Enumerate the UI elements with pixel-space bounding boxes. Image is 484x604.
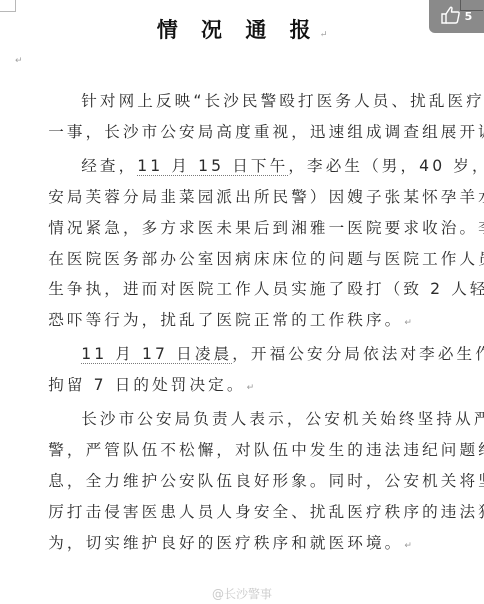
text-line: 针对网上反映“长沙民警殴打医务人员、扰乱医疗秩序” (17, 86, 467, 117)
date-phrase: 11 月 15 日下午 (137, 157, 288, 176)
like-count: 5 (465, 10, 473, 23)
text-line: 息，全力维护公安队伍良好形象。同时，公安机关将坚持严 (17, 466, 467, 497)
paragraph-mark-icon: ↵ (404, 318, 412, 328)
text-line: 在医院医务部办公室因病床床位的问题与医院工作人员发 (17, 244, 467, 275)
paragraph-mark-icon: ↵ (247, 383, 255, 393)
text-line: 为，切实维护良好的医疗秩序和就医环境。↵ (17, 528, 467, 562)
text-line: 恐吓等行为，扰乱了医院正常的工作秩序。↵ (17, 305, 467, 339)
paragraph-2: 经查，11 月 15 日下午，李必生（男，40 岁，长沙市公 安局芙蓉分局韭菜园… (17, 151, 467, 339)
paragraph-mark-icon: ↵ (15, 56, 23, 66)
text-line: 一事，长沙市公安局高度重视，迅速组成调查组展开调查。↵ (17, 117, 467, 151)
text-line: 情况紧急，多方求医未果后到湘雅一医院要求收治。李必生 (17, 213, 467, 244)
text-line: 安局芙蓉分局韭菜园派出所民警）因嫂子张某怀孕羊水破裂 (17, 182, 467, 213)
document-title: 情 况 通 报↵ (0, 14, 484, 44)
text-line: 生争执，进而对医院工作人员实施了殴打（致 2 人轻微伤）、 (17, 274, 467, 305)
title-text: 情 况 通 报 (157, 17, 319, 42)
text-line: 11 月 17 日凌晨，开福公安分局依法对李必生作出行政 (17, 339, 467, 370)
thumbs-up-icon (441, 6, 461, 28)
text-line: 拘留 7 日的处罚决定。↵ (17, 370, 467, 404)
text-line: 经查，11 月 15 日下午，李必生（男，40 岁，长沙市公 (17, 151, 467, 182)
text-line: 厉打击侵害医患人员人身安全、扰乱医疗秩序的违法犯罪行 (17, 497, 467, 528)
date-phrase: 11 月 17 日凌晨 (81, 345, 232, 364)
badge-corner-decoration (460, 0, 483, 11)
text-line: 警，严管队伍不松懈，对队伍中发生的违法违纪问题绝不姑 (17, 435, 467, 466)
page-corner-marker (0, 0, 16, 12)
text-line: 长沙市公安局负责人表示，公安机关始终坚持从严治 (17, 404, 467, 435)
paragraph-3: 11 月 17 日凌晨，开福公安分局依法对李必生作出行政 拘留 7 日的处罚决定… (17, 339, 467, 404)
paragraph-mark-icon: ↵ (320, 30, 328, 40)
paragraph-1: 针对网上反映“长沙民警殴打医务人员、扰乱医疗秩序” 一事，长沙市公安局高度重视，… (17, 86, 467, 151)
document-body: 针对网上反映“长沙民警殴打医务人员、扰乱医疗秩序” 一事，长沙市公安局高度重视，… (17, 86, 467, 562)
paragraph-4: 长沙市公安局负责人表示，公安机关始终坚持从严治 警，严管队伍不松懈，对队伍中发生… (17, 404, 467, 562)
weibo-watermark: @长沙警事 (0, 585, 484, 602)
like-button[interactable]: 5 (429, 0, 484, 33)
paragraph-mark-icon: ↵ (404, 541, 412, 551)
